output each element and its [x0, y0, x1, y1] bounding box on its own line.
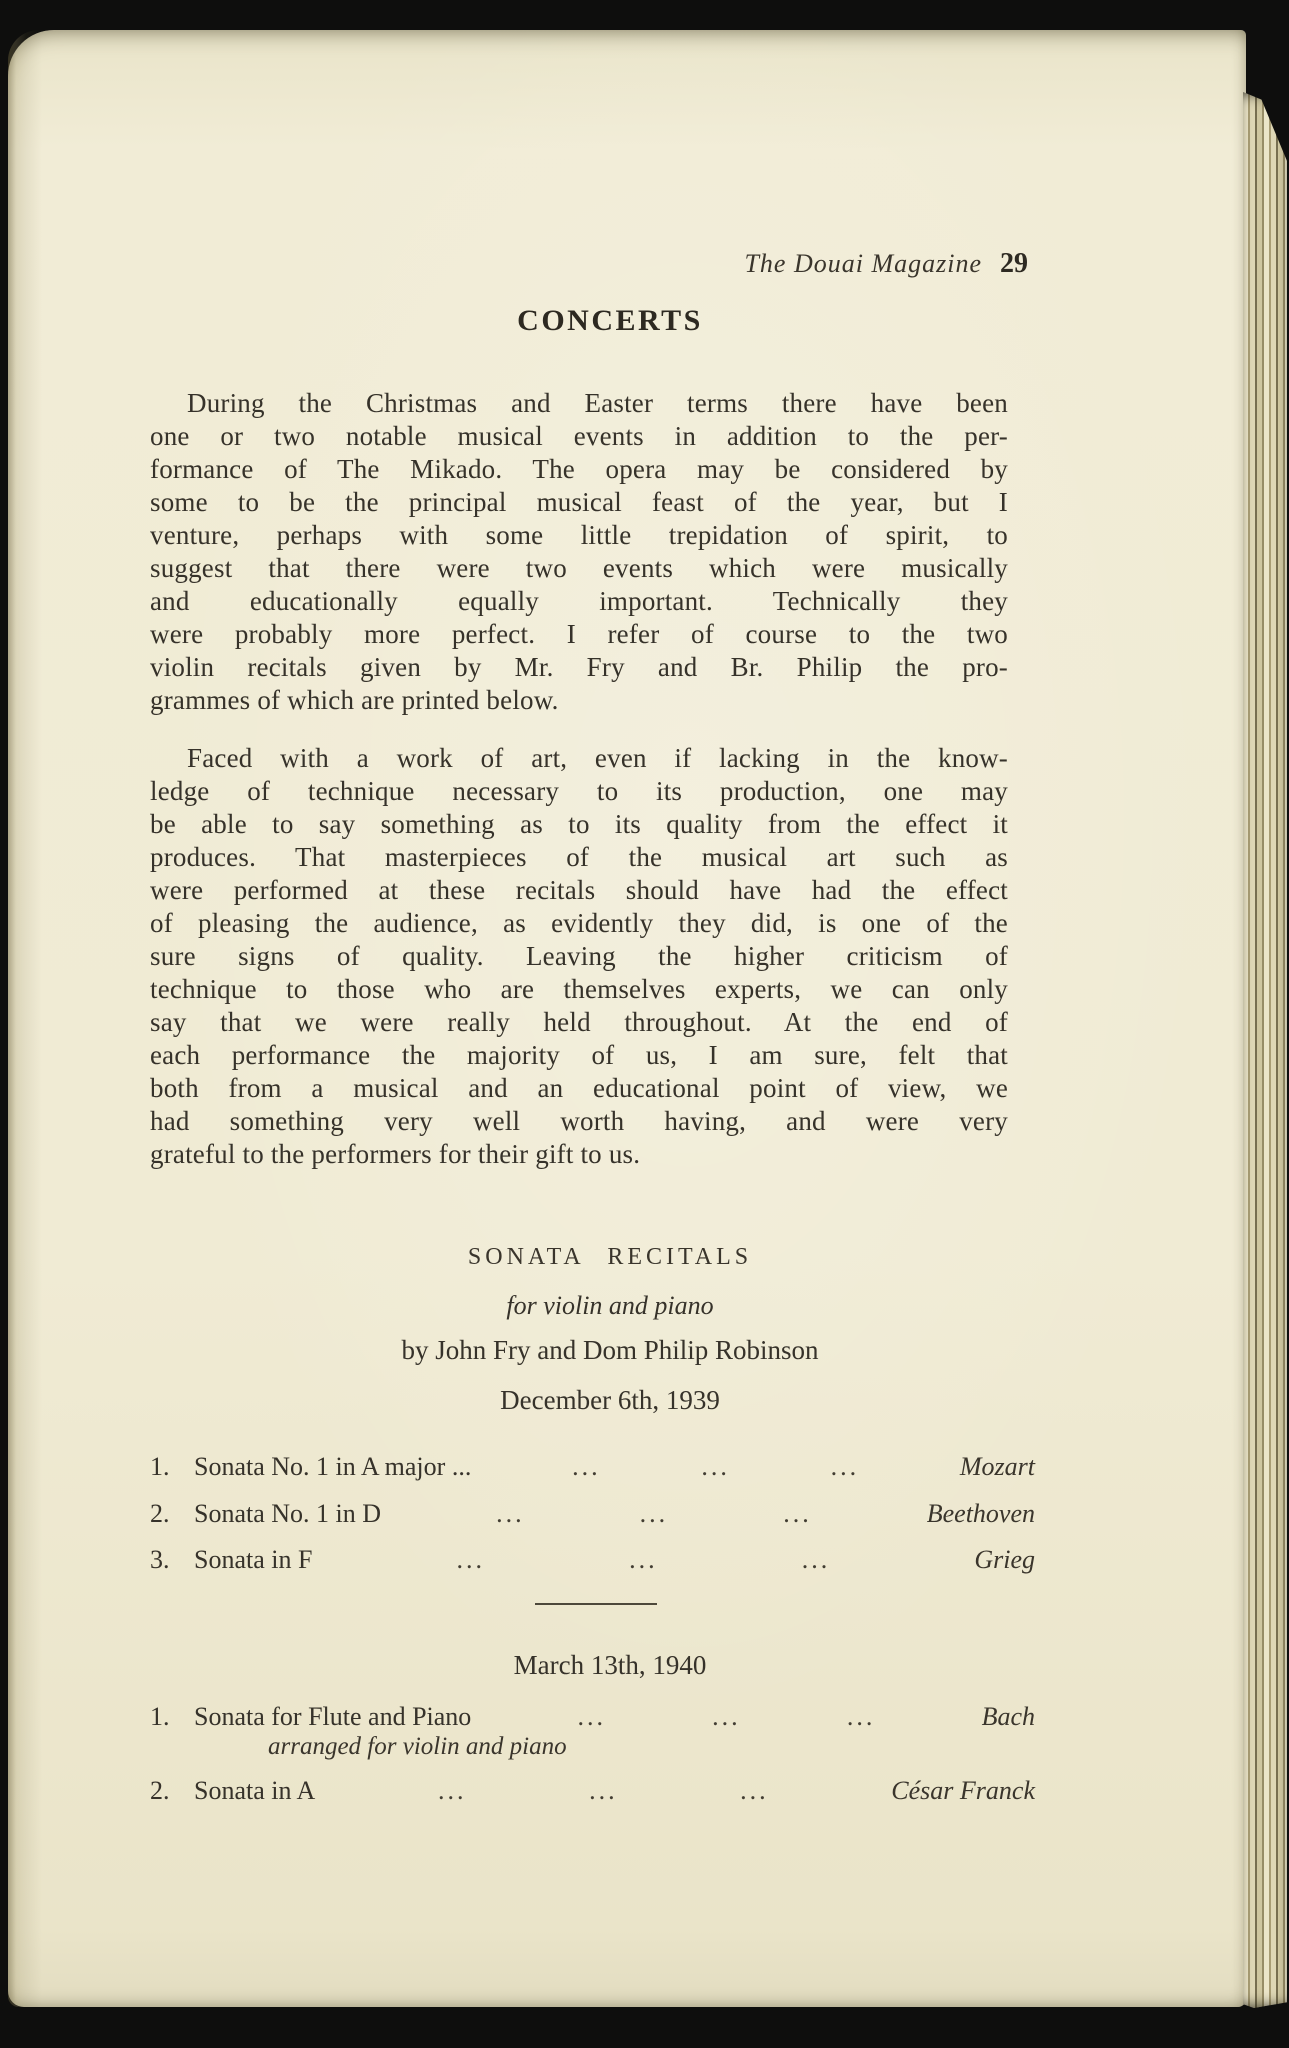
paragraph-line: were performed at these recitals should … — [150, 874, 1008, 907]
recitals-instrumentation: for violin and piano — [150, 1291, 1070, 1321]
item-title: Sonata No. 1 in D — [194, 1499, 381, 1529]
leader-dots: ... ... ... — [312, 1545, 974, 1575]
item-number: 3. — [150, 1545, 194, 1575]
stacked-page-edges — [1243, 92, 1287, 2008]
paragraph-line: ledge of technique necessary to its prod… — [150, 775, 1008, 808]
book-photo: The Douai Magazine29 CONCERTS During the… — [0, 0, 1289, 2048]
paragraph-line: sure signs of quality. Leaving the highe… — [150, 940, 1008, 973]
program-item: 3. Sonata in F ... ... ... Grieg — [150, 1545, 1035, 1575]
paragraph-line: some to be the principal musical feast o… — [150, 486, 1008, 519]
paragraph-line: formance of The Mikado. The opera may be… — [150, 453, 1008, 486]
item-composer: Mozart — [960, 1452, 1035, 1482]
leader-dots: ... ... ... — [471, 1702, 981, 1732]
recitals-performers: by John Fry and Dom Philip Robinson — [150, 1335, 1070, 1366]
item-title: Sonata in A — [194, 1776, 315, 1806]
paragraph-line: Faced with a work of art, even if lackin… — [150, 742, 1008, 775]
leader-dots: ... ... ... — [315, 1776, 891, 1806]
paragraph: Faced with a work of art, even if lackin… — [150, 742, 1008, 1171]
item-number: 1. — [150, 1452, 194, 1482]
item-title: Sonata No. 1 in A major ... — [194, 1452, 471, 1482]
item-composer: Bach — [982, 1702, 1035, 1732]
paragraph-line: one or two notable musical events in add… — [150, 420, 1008, 453]
paragraph-line: grateful to the performers for their gif… — [150, 1138, 1008, 1171]
item-composer: Beethoven — [927, 1499, 1035, 1529]
leader-dots: ... ... ... — [381, 1499, 927, 1529]
paragraph: During the Christmas and Easter terms th… — [150, 387, 1008, 717]
paragraph-line: During the Christmas and Easter terms th… — [150, 387, 1008, 420]
item-title: Sonata for Flute and Piano — [194, 1702, 471, 1732]
paragraph-line: each performance the majority of us, I a… — [150, 1039, 1008, 1072]
paragraph-line: be able to say something as to its quali… — [150, 808, 1008, 841]
paragraph-line: grammes of which are printed below. — [150, 684, 1008, 717]
paragraph-line: say that we were really held throughout.… — [150, 1006, 1008, 1039]
book-page: The Douai Magazine29 CONCERTS During the… — [8, 30, 1246, 2007]
paragraph-line: technique to those who are themselves ex… — [150, 973, 1008, 1006]
paragraph-line: venture, perhaps with some little trepid… — [150, 519, 1008, 552]
item-number: 2. — [150, 1499, 194, 1529]
section-heading-concerts: CONCERTS — [150, 304, 1070, 338]
program-item: 2. Sonata in A ... ... ... César Franck — [150, 1776, 1035, 1806]
program-item: 1. Sonata No. 1 in A major ... ... ... .… — [150, 1452, 1035, 1482]
paragraph-line: of pleasing the audience, as evidently t… — [150, 907, 1008, 940]
program-item: 2. Sonata No. 1 in D ... ... ... Beethov… — [150, 1499, 1035, 1529]
program-date: December 6th, 1939 — [150, 1385, 1070, 1416]
paragraph-line: suggest that there were two events which… — [150, 552, 1008, 585]
paragraph-line: both from a musical and an educational p… — [150, 1072, 1008, 1105]
item-subtitle: arranged for violin and piano — [268, 1733, 567, 1761]
running-header: The Douai Magazine29 — [150, 248, 1028, 280]
paragraph-line: were probably more perfect. I refer of c… — [150, 618, 1008, 651]
item-title: Sonata in F — [194, 1545, 312, 1575]
page-number: 29 — [1000, 248, 1028, 279]
program-item: 1. Sonata for Flute and Piano ... ... ..… — [150, 1702, 1035, 1732]
recitals-title: SONATA RECITALS — [150, 1244, 1070, 1271]
item-number: 2. — [150, 1776, 194, 1806]
section-divider — [535, 1603, 657, 1605]
paragraph-line: violin recitals given by Mr. Fry and Br.… — [150, 651, 1008, 684]
leader-dots: ... ... ... — [471, 1452, 960, 1482]
item-composer: Grieg — [974, 1545, 1035, 1575]
running-header-title: The Douai Magazine — [744, 249, 982, 278]
paragraph-line: had something very well worth having, an… — [150, 1105, 1008, 1138]
item-number: 1. — [150, 1702, 194, 1732]
paragraph-line: and educationally equally important. Tec… — [150, 585, 1008, 618]
item-composer: César Franck — [891, 1776, 1035, 1806]
program-date: March 13th, 1940 — [150, 1650, 1070, 1681]
paragraph-line: produces. That masterpieces of the music… — [150, 841, 1008, 874]
